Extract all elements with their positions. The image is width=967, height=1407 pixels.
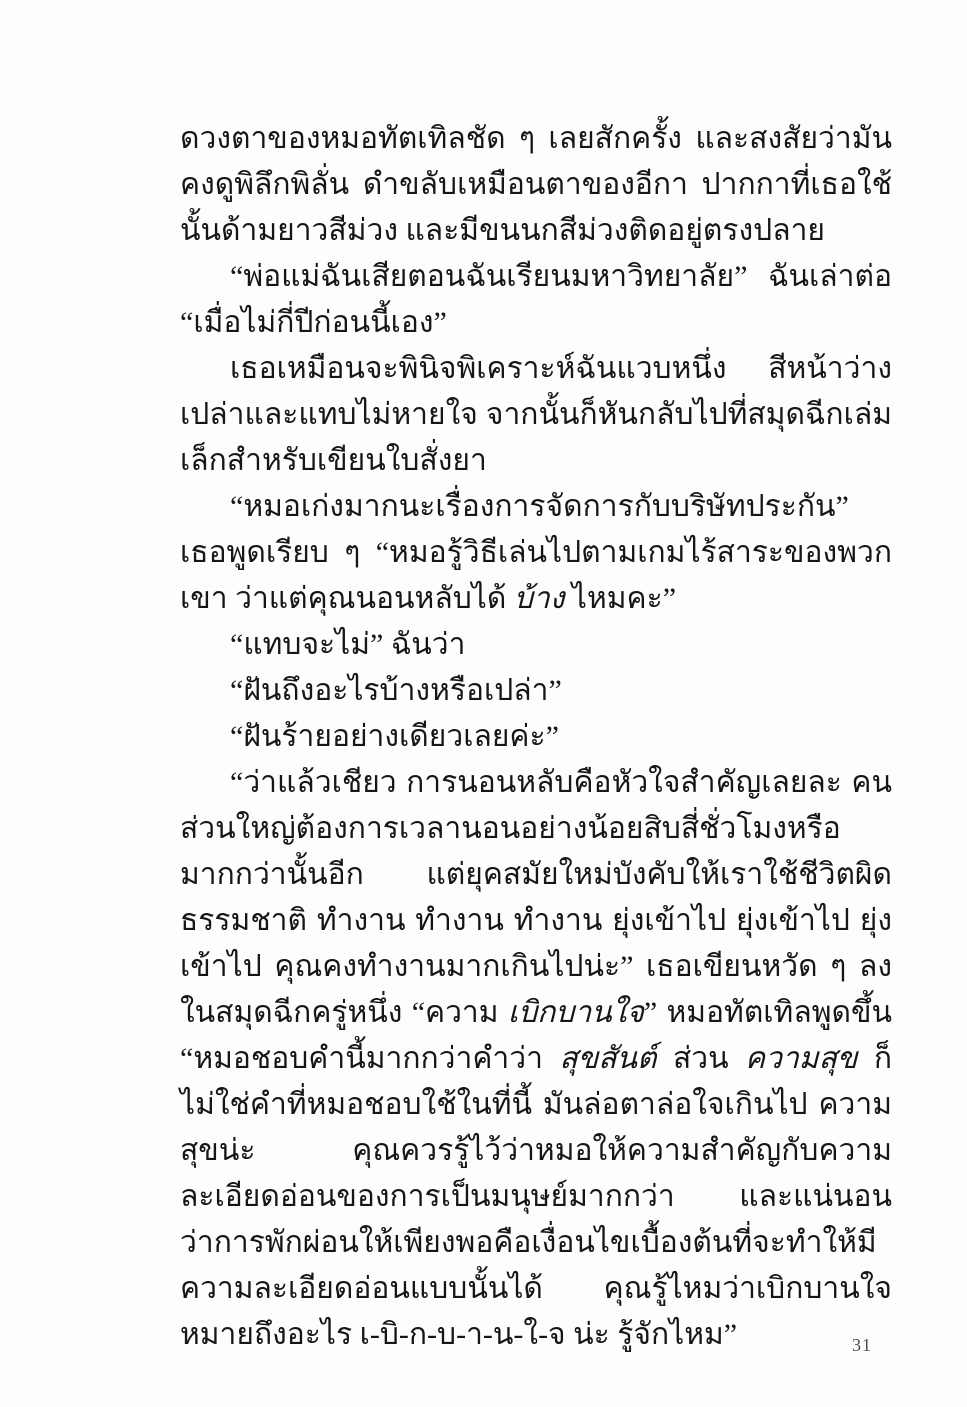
- paragraph: ดวงตาของหมอทัตเทิลชัด ๆ เลยสักครั้ง และส…: [180, 116, 892, 254]
- italic-text-segment: ความสุข: [745, 1042, 857, 1075]
- text-segment: ส่วน: [657, 1042, 746, 1075]
- italic-text-segment: บ้าง: [514, 582, 565, 615]
- text-block: ดวงตาของหมอทัตเทิลชัด ๆ เลยสักครั้ง และส…: [180, 116, 892, 1358]
- italic-text-segment: เบิกบานใจ: [508, 996, 644, 1029]
- text-segment: “แทบจะไม่” ฉันว่า: [230, 628, 465, 661]
- page-number: 31: [840, 1332, 884, 1358]
- text-segment: เธอเหมือนจะพินิจพิเคราะห์ฉันแวบหนึ่ง สีห…: [180, 352, 892, 477]
- text-segment: ไหมคะ”: [564, 582, 676, 615]
- paragraph: “แทบจะไม่” ฉันว่า: [180, 622, 892, 668]
- paragraph: “ว่าแล้วเชียว การนอนหลับคือหัวใจสำคัญเลย…: [180, 760, 892, 1358]
- text-segment: “ฝันถึงอะไรบ้างหรือเปล่า”: [230, 674, 562, 707]
- text-segment: “ฝันร้ายอย่างเดียวเลยค่ะ”: [230, 720, 559, 753]
- paragraph: “ฝันร้ายอย่างเดียวเลยค่ะ”: [180, 714, 892, 760]
- paragraph: “ฝันถึงอะไรบ้างหรือเปล่า”: [180, 668, 892, 714]
- text-segment: ดวงตาของหมอทัตเทิลชัด ๆ เลยสักครั้ง และส…: [180, 122, 892, 247]
- text-segment: ก็ไม่ใช่คำที่หมอชอบใช้ในที่นี้ มันล่อตาล…: [180, 1042, 892, 1351]
- paragraph: “พ่อแม่ฉันเสียตอนฉันเรียนมหาวิทยาลัย” ฉั…: [180, 254, 892, 346]
- book-page: ดวงตาของหมอทัตเทิลชัด ๆ เลยสักครั้ง และส…: [0, 0, 967, 1407]
- italic-text-segment: สุขสันต์: [559, 1042, 656, 1075]
- text-segment: “ว่าแล้วเชียว การนอนหลับคือหัวใจสำคัญเลย…: [180, 766, 892, 1029]
- paragraph: “หมอเก่งมากนะเรื่องการจัดการกับบริษัทประ…: [180, 484, 892, 622]
- paragraph: เธอเหมือนจะพินิจพิเคราะห์ฉันแวบหนึ่ง สีห…: [180, 346, 892, 484]
- text-segment: “พ่อแม่ฉันเสียตอนฉันเรียนมหาวิทยาลัย” ฉั…: [180, 260, 892, 339]
